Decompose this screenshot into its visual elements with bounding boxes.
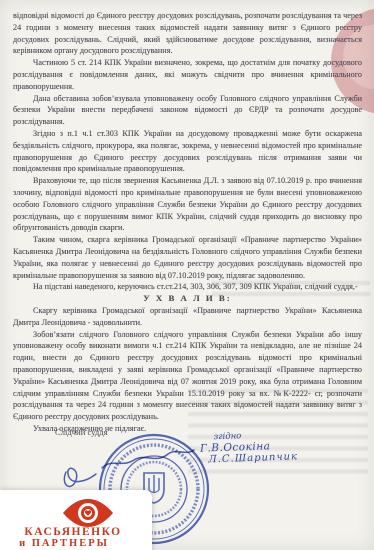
paragraph: Зобов’язати слідчого Головного слідчого … [13,329,362,423]
paragraph: На підставі наведеного, керуючись ст.ст.… [13,281,362,293]
logo-line2: и ПАРТНЕРЫ [0,538,128,549]
handwritten-note: Л.С.Шарипчик [208,451,298,465]
paragraph: Частиною 5 ст. 214 КПК України визначено… [13,57,362,92]
certification-notes: згідно Г.В.Осокіна Л.С.Шарипчик [199,429,298,465]
paragraph: Дана обставина зобов’язувала уповноважен… [13,93,362,128]
law-firm-logo: КАСЬЯНЕНКО и ПАРТНЕРЫ [0,490,152,550]
ruling-heading: У Х В А Л И В: [13,293,362,305]
body-text: відповідні відомості до Єдиного реєстру … [13,10,362,435]
scanned-court-ruling-page: відповідні відомості до Єдиного реєстру … [0,0,374,550]
paragraph: Згідно з п.1 ч.1 ст.303 КПК України на д… [13,128,362,175]
logo-line1: КАСЬЯНЕНКО [0,526,146,538]
paragraph: Враховуючи те, що після звернення Касьян… [13,175,362,234]
paragraph: відповідні відомості до Єдиного реєстру … [13,10,362,57]
eye-icon [61,497,115,529]
paragraph: Таким чином, скарга керівника Громадсько… [13,234,362,281]
paragraph: Скаргу керівника Громадської організації… [13,305,362,329]
